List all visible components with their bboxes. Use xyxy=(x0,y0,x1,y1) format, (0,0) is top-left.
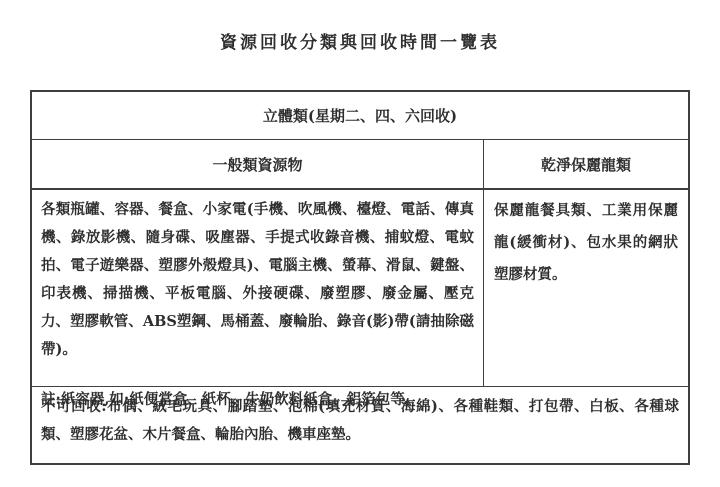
general-items-text: 各類瓶罐、容器、餐盒、小家電(手機、吹風機、檯燈、電話、傳真機、錄放影機、隨身碟… xyxy=(41,196,474,364)
page-title: 資源回收分類與回收時間一覽表 xyxy=(0,28,720,53)
table-body-row: 各類瓶罐、容器、餐盒、小家電(手機、吹風機、檯燈、電話、傳真機、錄放影機、隨身碟… xyxy=(32,190,688,387)
category-header-label: 立體類(星期二、四、六回收) xyxy=(263,105,457,126)
styrofoam-items-text: 保麗龍餐具類、工業用保麗龍(緩衝材)、包水果的網狀塑膠材質。 xyxy=(494,195,678,291)
table-category-header-row: 立體類(星期二、四、六回收) xyxy=(32,92,688,140)
non-recyclable-text: 不可回收:布偶、絨毛玩具、腳踏墊、泡棉(填充材質、海綿)、各種鞋類、打包帶、白板… xyxy=(41,393,679,449)
recycling-table: 立體類(星期二、四、六回收) 一般類資源物 乾淨保麗龍類 各類瓶罐、容器、餐盒、… xyxy=(30,90,690,465)
non-recyclable-row: 不可回收:布偶、絨毛玩具、腳踏墊、泡棉(填充材質、海綿)、各種鞋類、打包帶、白板… xyxy=(32,387,688,463)
column-header-styrofoam: 乾淨保麗龍類 xyxy=(484,140,688,188)
general-items-cell: 各類瓶罐、容器、餐盒、小家電(手機、吹風機、檯燈、電話、傳真機、錄放影機、隨身碟… xyxy=(32,190,484,386)
document-page: 資源回收分類與回收時間一覽表 立體類(星期二、四、六回收) 一般類資源物 乾淨保… xyxy=(0,0,720,487)
column-header-general: 一般類資源物 xyxy=(32,140,484,188)
styrofoam-items-cell: 保麗龍餐具類、工業用保麗龍(緩衝材)、包水果的網狀塑膠材質。 xyxy=(484,190,688,386)
table-column-header-row: 一般類資源物 乾淨保麗龍類 xyxy=(32,140,688,190)
